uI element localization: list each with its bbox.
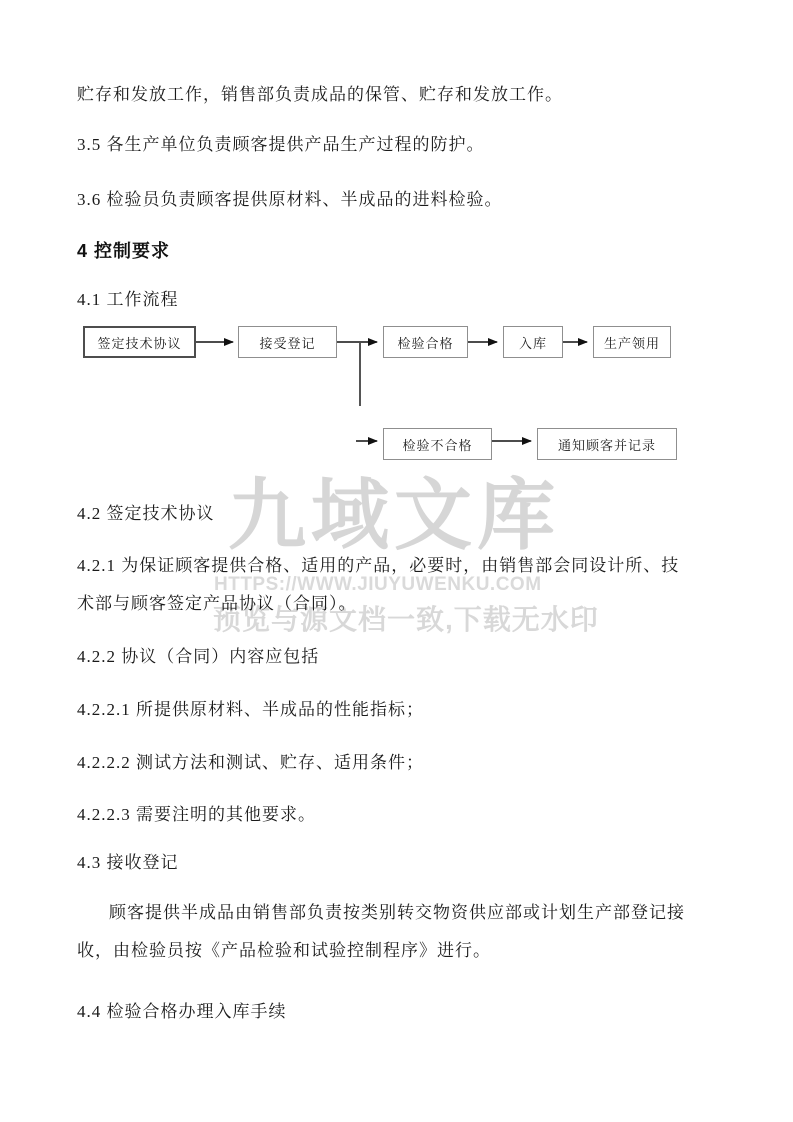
- section-4-2-2-1: 4.2.2.1 所提供原材料、半成品的性能指标；: [77, 699, 424, 721]
- heading-4-control-requirements: 4 控制要求: [77, 240, 170, 262]
- section-4-2-2-2: 4.2.2.2 测试方法和测试、贮存、适用条件；: [77, 752, 424, 774]
- flowchart-box-production-use: 生产领用: [593, 326, 671, 358]
- flowchart-box-accept-register: 接受登记: [238, 326, 337, 358]
- flowchart-box-notify-customer: 通知顾客并记录: [537, 428, 677, 460]
- section-4-3-line-1: 顾客提供半成品由销售部负责按类别转交物资供应部或计划生产部登记接: [109, 902, 685, 924]
- flowchart-box-inspection-fail-label: 检验不合格: [402, 435, 472, 454]
- flowchart-box-accept-register-label: 接受登记: [259, 333, 315, 352]
- flowchart-box-sign-agreement-label: 签定技术协议: [97, 333, 181, 352]
- flowchart-box-inspection-pass: 检验合格: [383, 326, 468, 358]
- document-page: 九域文库 HTTPS://WWW.JIUYUWENKU.COM 预览与源文档一致…: [0, 0, 793, 1122]
- flowchart-box-production-use-label: 生产领用: [604, 333, 660, 352]
- section-4-3-line-2: 收，由检验员按《产品检验和试验控制程序》进行。: [77, 940, 491, 962]
- section-4-4-title: 4.4 检验合格办理入库手续: [77, 1001, 287, 1023]
- flowchart-box-notify-customer-label: 通知顾客并记录: [558, 435, 656, 454]
- section-4-2-1-line-1: 4.2.1 为保证顾客提供合格、适用的产品，必要时，由销售部会同设计所、技: [77, 555, 679, 577]
- section-4-2-2-3: 4.2.2.3 需要注明的其他要求。: [77, 804, 316, 826]
- section-4-2-2-title: 4.2.2 协议（合同）内容应包括: [77, 646, 319, 668]
- section-4-3-title: 4.3 接收登记: [77, 852, 179, 874]
- flowchart-box-sign-agreement: 签定技术协议: [83, 326, 196, 358]
- flowchart-box-warehouse-in: 入库: [503, 326, 563, 358]
- section-4-2-1-line-2: 术部与顾客签定产品协议（合同）。: [77, 593, 357, 615]
- section-4-1-title: 4.1 工作流程: [77, 289, 179, 311]
- watermark-brand-text: 九域文库: [228, 476, 560, 554]
- paragraph-carryover: 贮存和发放工作，销售部负责成品的保管、贮存和发放工作。: [77, 84, 563, 106]
- flowchart-box-warehouse-in-label: 入库: [519, 333, 547, 352]
- flowchart-box-inspection-fail: 检验不合格: [383, 428, 492, 460]
- section-4-2-title: 4.2 签定技术协议: [77, 503, 215, 525]
- flowchart-box-inspection-pass-label: 检验合格: [397, 333, 453, 352]
- section-3-6: 3.6 检验员负责顾客提供原材料、半成品的进料检验。: [77, 189, 503, 211]
- section-3-5: 3.5 各生产单位负责顾客提供产品生产过程的防护。: [77, 134, 485, 156]
